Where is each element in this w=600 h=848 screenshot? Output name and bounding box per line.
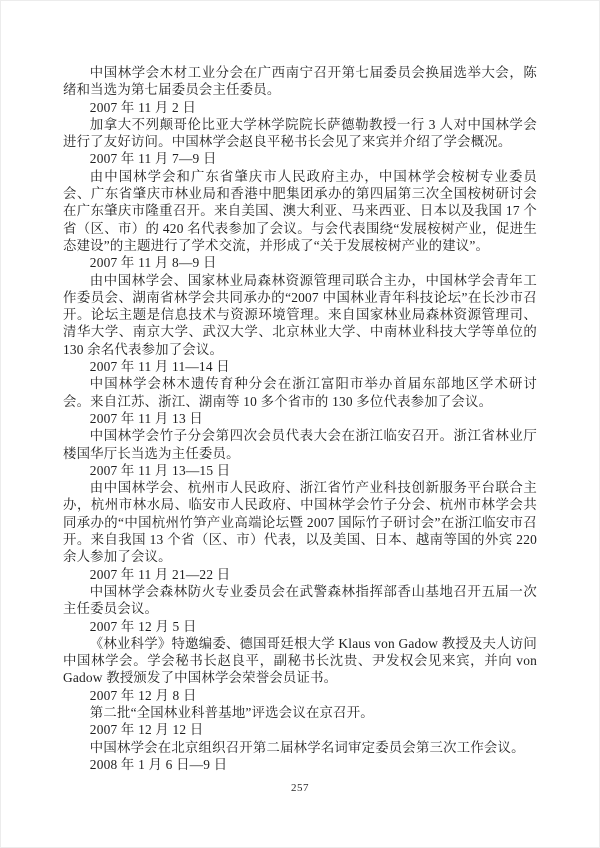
chronicle-paragraph: 中国林学会林木遗传育种分会在浙江富阳市举办首届东部地区学术研讨会。来自江苏、浙江…: [63, 375, 537, 410]
chronicle-paragraph: 中国林学会木材工业分会在广西南宁召开第七届委员会换届选举大会，陈绪和当选为第七届…: [63, 64, 537, 99]
chronicle-date-heading: 2007 年 12 月 5 日: [63, 618, 537, 635]
chronicle-paragraph: 中国林学会森林防火专业委员会在武警森林指挥部香山基地召开五届一次主任委员会议。: [63, 583, 537, 618]
page-number: 257: [0, 782, 600, 794]
chronicle-date-heading: 2007 年 11 月 11—14 日: [63, 358, 537, 375]
chronicle-text-block: 中国林学会木材工业分会在广西南宁召开第七届委员会换届选举大会，陈绪和当选为第七届…: [63, 64, 537, 773]
chronicle-date-heading: 2008 年 1 月 6 日—9 日: [63, 756, 537, 773]
chronicle-date-heading: 2007 年 12 月 8 日: [63, 687, 537, 704]
chronicle-paragraph: 由中国林学会和广东省肇庆市人民政府主办，中国林学会桉树专业委员会、广东省肇庆市林…: [63, 168, 537, 254]
chronicle-paragraph: 中国林学会在北京组织召开第二届林学名词审定委员会第三次工作会议。: [63, 739, 537, 756]
chronicle-paragraph: 由中国林学会、杭州市人民政府、浙江省竹产业科技创新服务平台联合主办，杭州市林水局…: [63, 479, 537, 565]
chronicle-paragraph: 中国林学会竹子分会第四次会员代表大会在浙江临安召开。浙江省林业厅楼国华厅长当选为…: [63, 427, 537, 462]
chronicle-date-heading: 2007 年 11 月 8—9 日: [63, 254, 537, 271]
chronicle-paragraph: 第二批“全国林业科普基地”评选会议在京召开。: [63, 704, 537, 721]
chronicle-paragraph: 《林业科学》特邀编委、德国哥廷根大学 Klaus von Gadow 教授及夫人…: [63, 635, 537, 687]
document-page: 中国林学会木材工业分会在广西南宁召开第七届委员会换届选举大会，陈绪和当选为第七届…: [0, 0, 600, 848]
chronicle-date-heading: 2007 年 11 月 13 日: [63, 410, 537, 427]
chronicle-paragraph: 由中国林学会、国家林业局森林资源管理司联合主办，中国林学会青年工作委员会、湖南省…: [63, 272, 537, 358]
chronicle-date-heading: 2007 年 11 月 7—9 日: [63, 150, 537, 167]
chronicle-date-heading: 2007 年 11 月 13—15 日: [63, 462, 537, 479]
chronicle-paragraph: 加拿大不列颠哥伦比亚大学林学院院长萨德勒教授一行 3 人对中国林学会进行了友好访…: [63, 116, 537, 151]
chronicle-date-heading: 2007 年 11 月 21—22 日: [63, 566, 537, 583]
chronicle-date-heading: 2007 年 11 月 2 日: [63, 99, 537, 116]
chronicle-date-heading: 2007 年 12 月 12 日: [63, 721, 537, 738]
